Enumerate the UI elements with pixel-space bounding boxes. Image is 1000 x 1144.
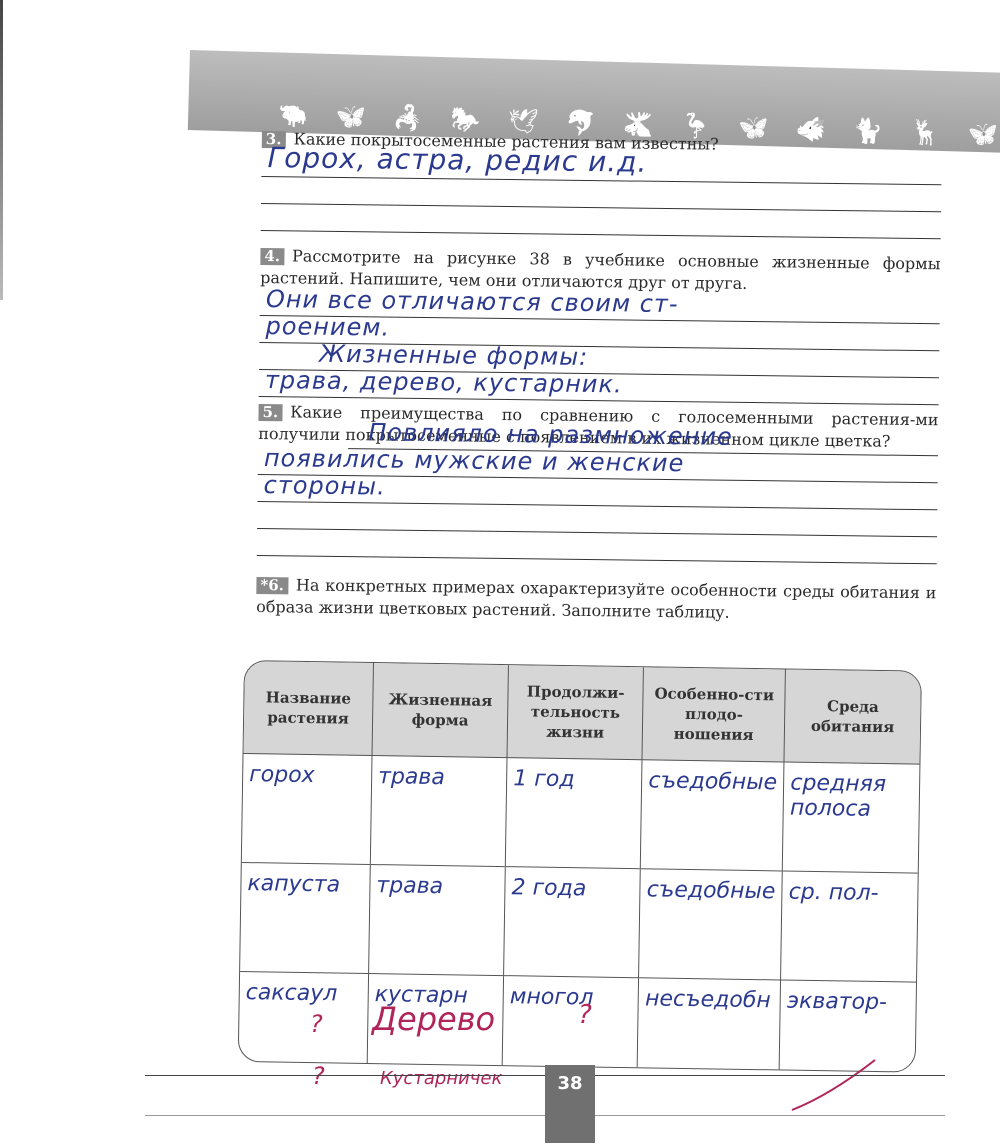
teacher-question-mark: ? <box>310 1010 323 1038</box>
cell-habitat: ср. пол- <box>781 871 918 982</box>
horse-icon: 🐎 <box>450 107 481 132</box>
butterfly-icon: 🦋 <box>968 122 999 147</box>
table-row: капуста трава 2 года съедобные ср. пол- <box>240 862 918 982</box>
task-6: *6.На конкретных примерах охарактеризуйт… <box>256 574 936 626</box>
handwritten-answer: стороны. <box>263 471 385 500</box>
column-header: Среда обитания <box>784 670 921 765</box>
cell-lifespan: многол <box>502 976 639 1073</box>
task-3: 3.Какие покрытосеменные растения вам изв… <box>261 128 942 239</box>
handwritten-answer: Горох, астра, редис и.д. <box>267 141 647 179</box>
table-header-row: Название растения Жизненная форма Продол… <box>244 661 921 764</box>
handwritten-answer: роением. <box>265 312 390 342</box>
task-4: 4.Рассмотрите на рисунке 38 в учебнике о… <box>259 245 941 405</box>
cell-habitat: средняя полоса <box>783 762 920 873</box>
cell-life-form: трава <box>369 865 506 976</box>
column-header: Жизненная форма <box>372 663 509 758</box>
task-number: 5. <box>258 404 282 421</box>
table-row: горох трава 1 год съедобные средняя поло… <box>242 754 920 874</box>
scorpion-icon: 🦂 <box>393 106 424 131</box>
teacher-question-mark: ? <box>312 1062 325 1090</box>
cell-plant-name: капуста <box>240 862 370 973</box>
cell-lifespan: 2 года <box>504 867 641 978</box>
column-header: Особенно-сти плодо-ношения <box>642 667 785 762</box>
cell-fruiting: несъедобн <box>637 978 781 1073</box>
cell-fruiting: съедобные <box>639 869 783 980</box>
cell-plant-name: горох <box>242 754 372 865</box>
teacher-question-mark: ? <box>578 1000 592 1030</box>
teacher-check-mark <box>790 1055 880 1115</box>
workbook-page: 3.Какие покрытосеменные растения вам изв… <box>256 128 942 626</box>
task-number: *6. <box>256 577 288 594</box>
teacher-correction: Кустарничек <box>380 1068 502 1089</box>
question-text: На конкретных примерах охарактеризуйте о… <box>256 575 936 621</box>
handwritten-answer: трава, дерево, кустарник. <box>265 366 623 398</box>
scan-edge <box>0 0 3 300</box>
butterfly-icon: 🦋 <box>335 104 366 129</box>
task-number: 4. <box>260 248 284 265</box>
column-header: Продолжи-тельность жизни <box>507 665 644 760</box>
task-5: 5.Какие преимущества по сравнению с голо… <box>257 401 939 564</box>
cell-plant-name: саксаул <box>238 971 368 1072</box>
cell-life-form: трава <box>370 756 507 867</box>
cell-lifespan: 1 год <box>505 758 642 869</box>
column-header: Название растения <box>244 661 374 756</box>
bird-icon: 🕊 <box>508 109 539 134</box>
page-number: 38 <box>545 1065 595 1143</box>
teacher-correction: Дерево <box>372 1000 495 1038</box>
bison-icon: 🐃 <box>278 102 309 127</box>
cell-fruiting: съедобные <box>641 760 785 871</box>
